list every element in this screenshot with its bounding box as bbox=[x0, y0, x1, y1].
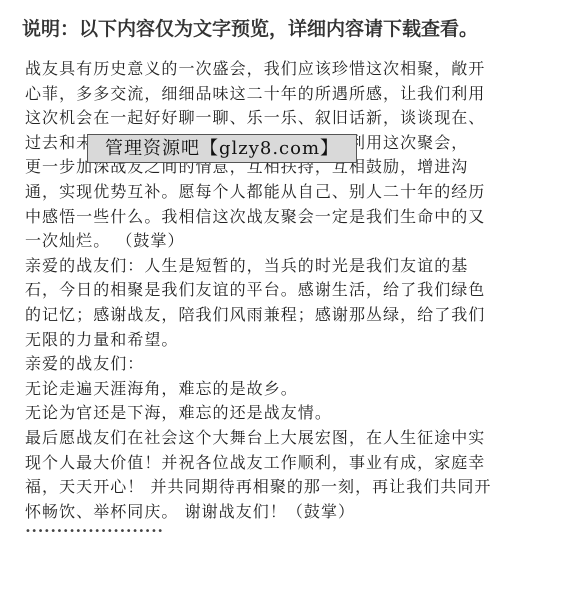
text-line: 无限的力量和希望。 bbox=[25, 328, 565, 353]
document-body: 战友具有历史意义的一次盛会，我们应该珍惜这次相聚，敞开 心菲，多多交流，细细品味… bbox=[25, 57, 565, 538]
text-line: 中感悟一些什么。我相信这次战友聚会一定是我们生命中的又 bbox=[25, 205, 565, 230]
text-line: 的记忆；感谢战友，陪我们风雨兼程；感谢那丛绿，给了我们 bbox=[25, 303, 565, 328]
text-line: 无论为官还是下海，难忘的还是战友情。 bbox=[25, 401, 565, 426]
text-line: 亲爱的战友们： bbox=[25, 352, 565, 377]
ellipsis-dots: •••••••••••••••••••••• bbox=[25, 526, 565, 538]
text-line: 亲爱的战友们：人生是短暂的，当兵的时光是我们友谊的基 bbox=[25, 254, 565, 279]
text-line: 石，今日的相聚是我们友谊的平台。感谢生活，给了我们绿色 bbox=[25, 278, 565, 303]
text-line: 战友具有历史意义的一次盛会，我们应该珍惜这次相聚，敞开 bbox=[25, 57, 565, 82]
text-line: 无论走遍天涯海角，难忘的是故乡。 bbox=[25, 377, 565, 402]
text-line: 现个人最大价值！并祝各位战友工作顺利，事业有成，家庭幸 bbox=[25, 451, 565, 476]
text-line: 怀畅饮、举杯同庆。 谢谢战友们！（鼓掌） bbox=[25, 500, 565, 525]
text-line: 福，天天开心！ 并共同期待再相聚的那一刻，再让我们共同开 bbox=[25, 475, 565, 500]
preview-notice: 说明：以下内容仅为文字预览，详细内容请下载查看。 bbox=[22, 14, 478, 41]
text-line: 最后愿战友们在社会这个大舞台上大展宏图，在人生征途中实 bbox=[25, 426, 565, 451]
text-line: 这次机会在一起好好聊一聊、乐一乐、叙旧话新，谈谈现在、 bbox=[25, 106, 565, 131]
text-line: 心菲，多多交流，细细品味这二十年的所遇所感，让我们利用 bbox=[25, 82, 565, 107]
watermark-banner: 管理资源吧【glzy8.com】 bbox=[87, 134, 357, 163]
text-line: 通，实现优势互补。愿每个人都能从自己、别人二十年的经历 bbox=[25, 180, 565, 205]
text-line: 一次灿烂。 （鼓掌） bbox=[25, 229, 565, 254]
